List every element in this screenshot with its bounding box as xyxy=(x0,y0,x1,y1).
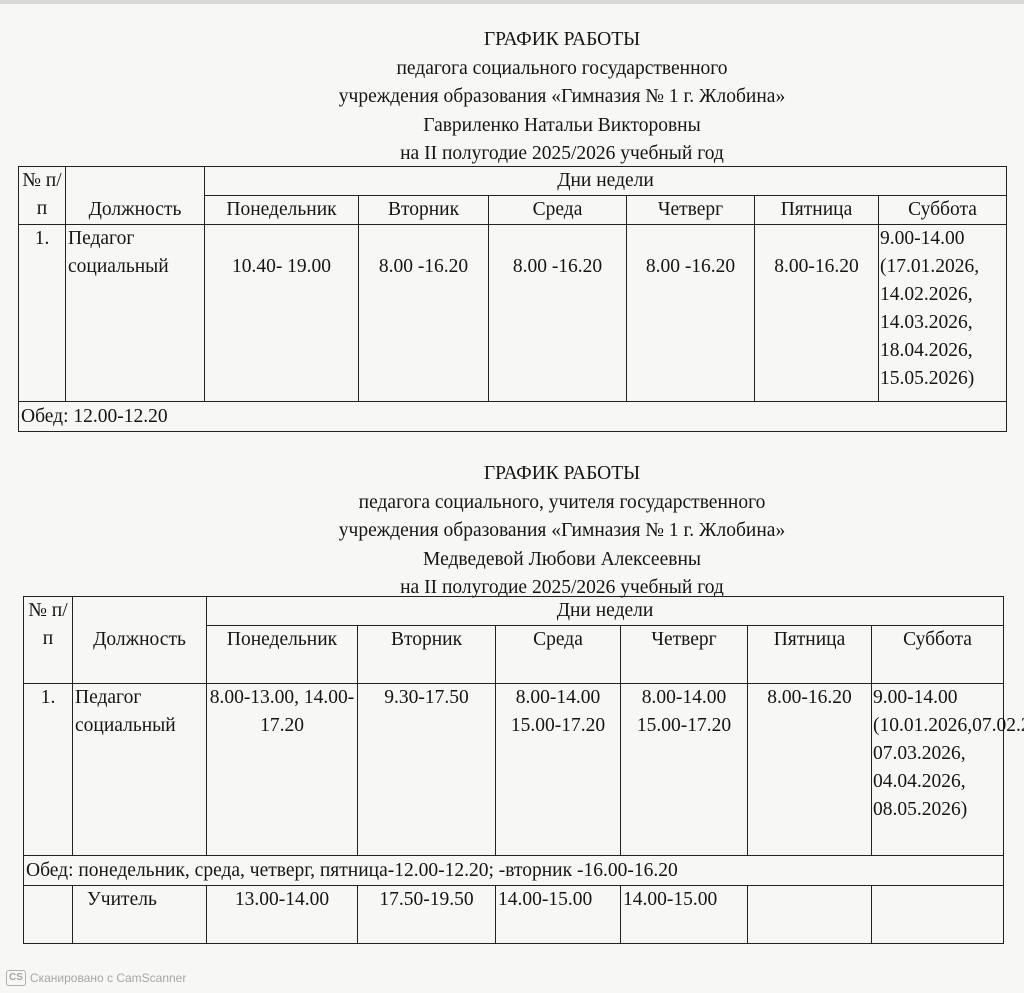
cell-thursday: 14.00-15.00 xyxy=(621,886,748,944)
cell-thursday: 8.00 -16.20 xyxy=(627,225,755,402)
cell-wednesday: 14.00-15.00 xyxy=(496,886,621,944)
cell-friday: 8.00-16.20 xyxy=(755,225,879,402)
days-header: Дни недели xyxy=(207,597,1004,626)
scanned-document-page: ГРАФИК РАБОТЫ педагога социального госуд… xyxy=(0,0,1024,993)
cell-wednesday: 8.00-14.00 15.00-17.20 xyxy=(496,684,621,856)
day-header-wednesday: Среда xyxy=(489,196,627,225)
schedule-subtitle: педагога социального государственного xyxy=(0,55,1024,84)
row-position: Педагог социальный xyxy=(66,225,205,402)
schedule-2-heading: ГРАФИК РАБОТЫ педагога социального, учит… xyxy=(0,460,1024,603)
row-number: 1. xyxy=(19,225,66,402)
num-header: № п/ п xyxy=(24,597,73,684)
day-header-friday: Пятница xyxy=(748,626,872,684)
day-header-monday: Понедельник xyxy=(205,196,359,225)
position-header: Должность xyxy=(66,167,205,225)
num-header: № п/п xyxy=(19,167,66,225)
watermark-text: Сканировано с CamScanner xyxy=(30,971,186,985)
row-position: Учитель xyxy=(73,886,207,944)
schedule-2-table: № п/ п Должность Дни недели Понедельник … xyxy=(23,596,1004,944)
day-header-saturday: Суббота xyxy=(879,196,1007,225)
employee-name: Гавриленко Натальи Викторовны xyxy=(0,112,1024,141)
day-header-thursday: Четверг xyxy=(621,626,748,684)
schedule-subtitle: педагога социального, учителя государств… xyxy=(0,489,1024,518)
lunch-note: Обед: 12.00-12.20 xyxy=(19,402,1007,432)
cell-saturday: 9.00-14.00 (17.01.2026, 14.02.2026, 14.0… xyxy=(879,225,1007,402)
camscanner-logo-icon: CS xyxy=(6,970,26,986)
row-number xyxy=(24,886,73,944)
day-header-thursday: Четверг xyxy=(627,196,755,225)
cell-tuesday: 8.00 -16.20 xyxy=(359,225,489,402)
cell-saturday xyxy=(872,886,1004,944)
schedule-title: ГРАФИК РАБОТЫ xyxy=(0,26,1024,55)
cell-friday: 8.00-16.20 xyxy=(748,684,872,856)
schedule-period: на II полугодие 2025/2026 учебный год xyxy=(0,140,1024,169)
schedule-1-heading: ГРАФИК РАБОТЫ педагога социального госуд… xyxy=(0,26,1024,169)
cell-tuesday: 9.30-17.50 xyxy=(358,684,496,856)
row-number: 1. xyxy=(24,684,73,856)
cell-saturday: 9.00-14.00 (10.01.2026,07.02.2026, 07.03… xyxy=(872,684,1004,856)
cell-monday: 13.00-14.00 xyxy=(207,886,358,944)
cell-friday xyxy=(748,886,872,944)
cell-tuesday: 17.50-19.50 xyxy=(358,886,496,944)
day-header-tuesday: Вторник xyxy=(359,196,489,225)
table-row: 1. Педагог социальный 10.40- 19.00 8.00 … xyxy=(19,225,1007,402)
table-row: 1. Педагог социальный 8.00-13.00, 14.00-… xyxy=(24,684,1004,856)
cell-monday: 8.00-13.00, 14.00-17.20 xyxy=(207,684,358,856)
day-header-tuesday: Вторник xyxy=(358,626,496,684)
lunch-note: Обед: понедельник, среда, четверг, пятни… xyxy=(24,856,1004,886)
table-row-teacher: Учитель 13.00-14.00 17.50-19.50 14.00-15… xyxy=(24,886,1004,944)
institution-name: учреждения образования «Гимназия № 1 г. … xyxy=(0,517,1024,546)
position-header: Должность xyxy=(73,597,207,684)
cell-thursday: 8.00-14.00 15.00-17.20 xyxy=(621,684,748,856)
day-header-wednesday: Среда xyxy=(496,626,621,684)
cell-wednesday: 8.00 -16.20 xyxy=(489,225,627,402)
cell-monday: 10.40- 19.00 xyxy=(205,225,359,402)
schedule-1-table: № п/п Должность Дни недели Понедельник В… xyxy=(18,166,1007,432)
day-header-saturday: Суббота xyxy=(872,626,1004,684)
days-header: Дни недели xyxy=(205,167,1007,196)
day-header-monday: Понедельник xyxy=(207,626,358,684)
scan-edge xyxy=(0,0,1024,4)
institution-name: учреждения образования «Гимназия № 1 г. … xyxy=(0,83,1024,112)
row-position: Педагог социальный xyxy=(73,684,207,856)
schedule-title: ГРАФИК РАБОТЫ xyxy=(0,460,1024,489)
day-header-friday: Пятница xyxy=(755,196,879,225)
employee-name: Медведевой Любови Алексеевны xyxy=(0,546,1024,575)
camscanner-watermark: CS Сканировано с CamScanner xyxy=(6,970,186,986)
